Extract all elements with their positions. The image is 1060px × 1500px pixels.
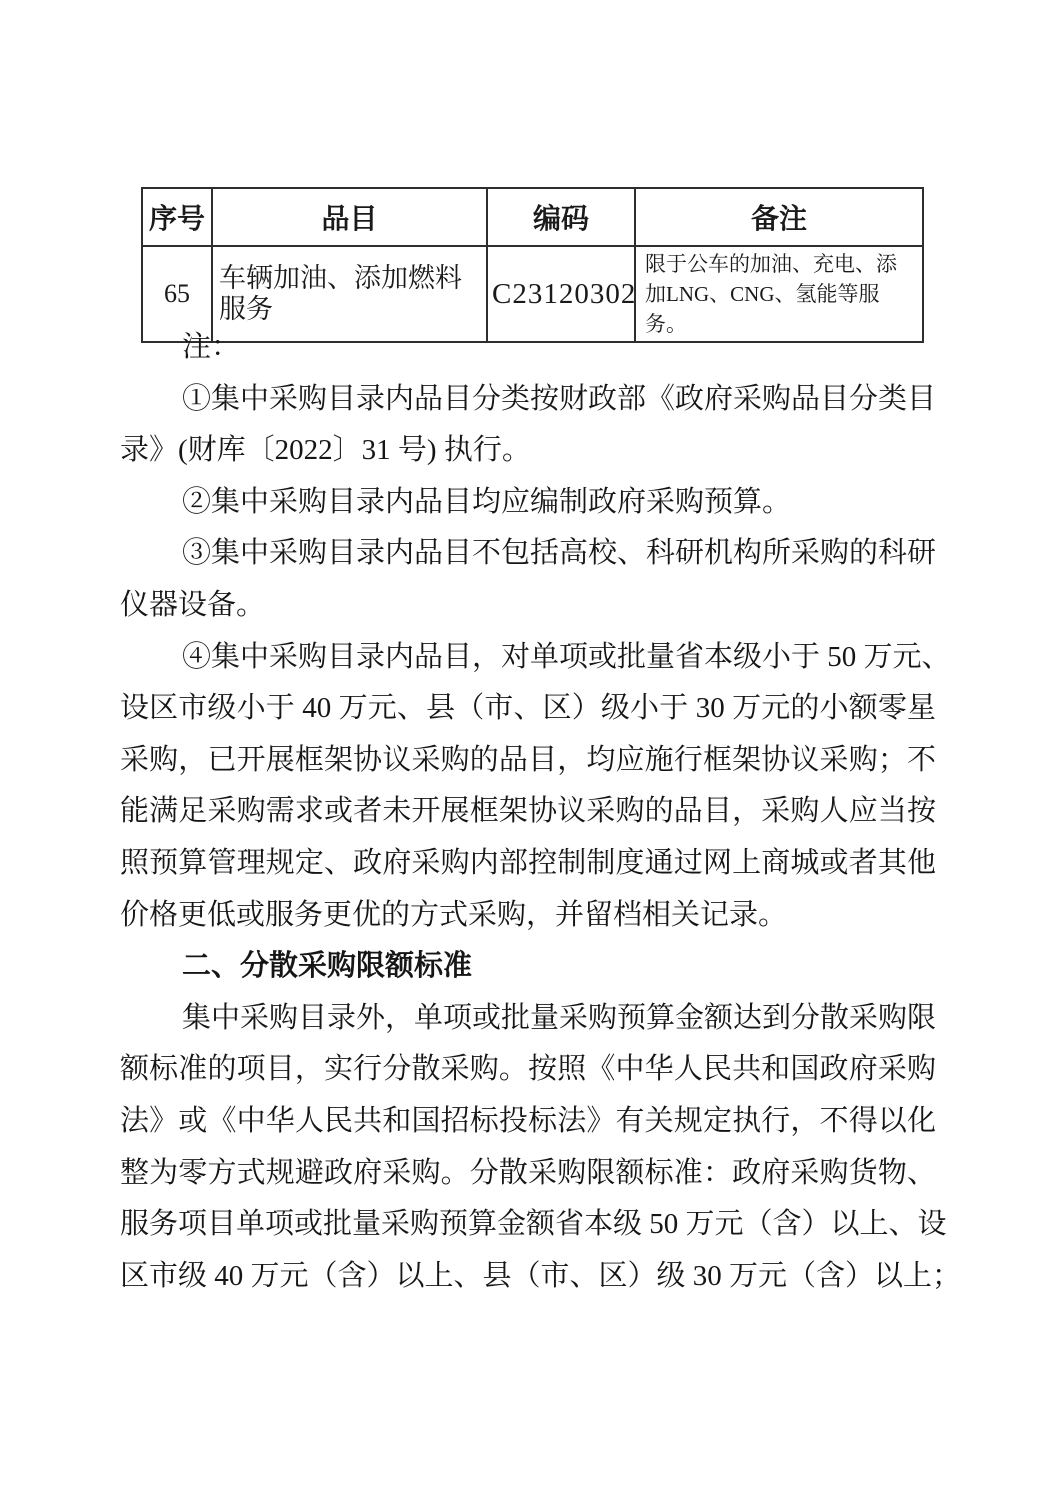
table-header-row: 序号 品目 编码 备注 xyxy=(142,188,923,246)
text-line: ①集中采购目录内品目分类按财政部《政府采购品目分类目 xyxy=(120,374,936,426)
text-line: 额标准的项目，实行分散采购。按照《中华人民共和国政府采购 xyxy=(120,1044,936,1096)
text-line: 注： xyxy=(120,322,936,374)
text-line: 照预算管理规定、政府采购内部控制制度通过网上商城或者其他 xyxy=(120,838,936,890)
text-line: 价格更低或服务更优的方式采购，并留档相关记录。 xyxy=(120,890,936,942)
column-header-note: 备注 xyxy=(635,188,923,246)
text-line: 设区市级小于 40 万元、县（市、区）级小于 30 万元的小额零星 xyxy=(120,683,936,735)
document-body: 注：①集中采购目录内品目分类按财政部《政府采购品目分类目录》(财库〔2022〕3… xyxy=(120,322,936,1302)
column-header-code: 编码 xyxy=(487,188,635,246)
text-line: 区市级 40 万元（含）以上、县（市、区）级 30 万元（含）以上； xyxy=(120,1251,936,1303)
document-page: 序号 品目 编码 备注 65 车辆加油、添加燃料服务 C23120302 限于公… xyxy=(0,0,1060,1500)
text-line: ②集中采购目录内品目均应编制政府采购预算。 xyxy=(120,477,936,529)
text-line: 录》(财库〔2022〕31 号) 执行。 xyxy=(120,425,936,477)
text-line: ④集中采购目录内品目，对单项或批量省本级小于 50 万元、 xyxy=(120,632,936,684)
procurement-catalog-table: 序号 品目 编码 备注 65 车辆加油、添加燃料服务 C23120302 限于公… xyxy=(141,187,924,343)
text-line: 集中采购目录外，单项或批量采购预算金额达到分散采购限 xyxy=(120,993,936,1045)
text-line: 法》或《中华人民共和国招标投标法》有关规定执行，不得以化 xyxy=(120,1096,936,1148)
section-heading: 二、分散采购限额标准 xyxy=(120,941,936,993)
text-line: ③集中采购目录内品目不包括高校、科研机构所采购的科研 xyxy=(120,528,936,580)
text-line: 整为零方式规避政府采购。分散采购限额标准：政府采购货物、 xyxy=(120,1148,936,1200)
text-line: 服务项目单项或批量采购预算金额省本级 50 万元（含）以上、设 xyxy=(120,1199,936,1251)
column-header-no: 序号 xyxy=(142,188,212,246)
text-line: 能满足采购需求或者未开展框架协议采购的品目，采购人应当按 xyxy=(120,786,936,838)
column-header-item: 品目 xyxy=(212,188,487,246)
text-line: 仪器设备。 xyxy=(120,580,936,632)
text-line: 采购，已开展框架协议采购的品目，均应施行框架协议采购；不 xyxy=(120,735,936,787)
